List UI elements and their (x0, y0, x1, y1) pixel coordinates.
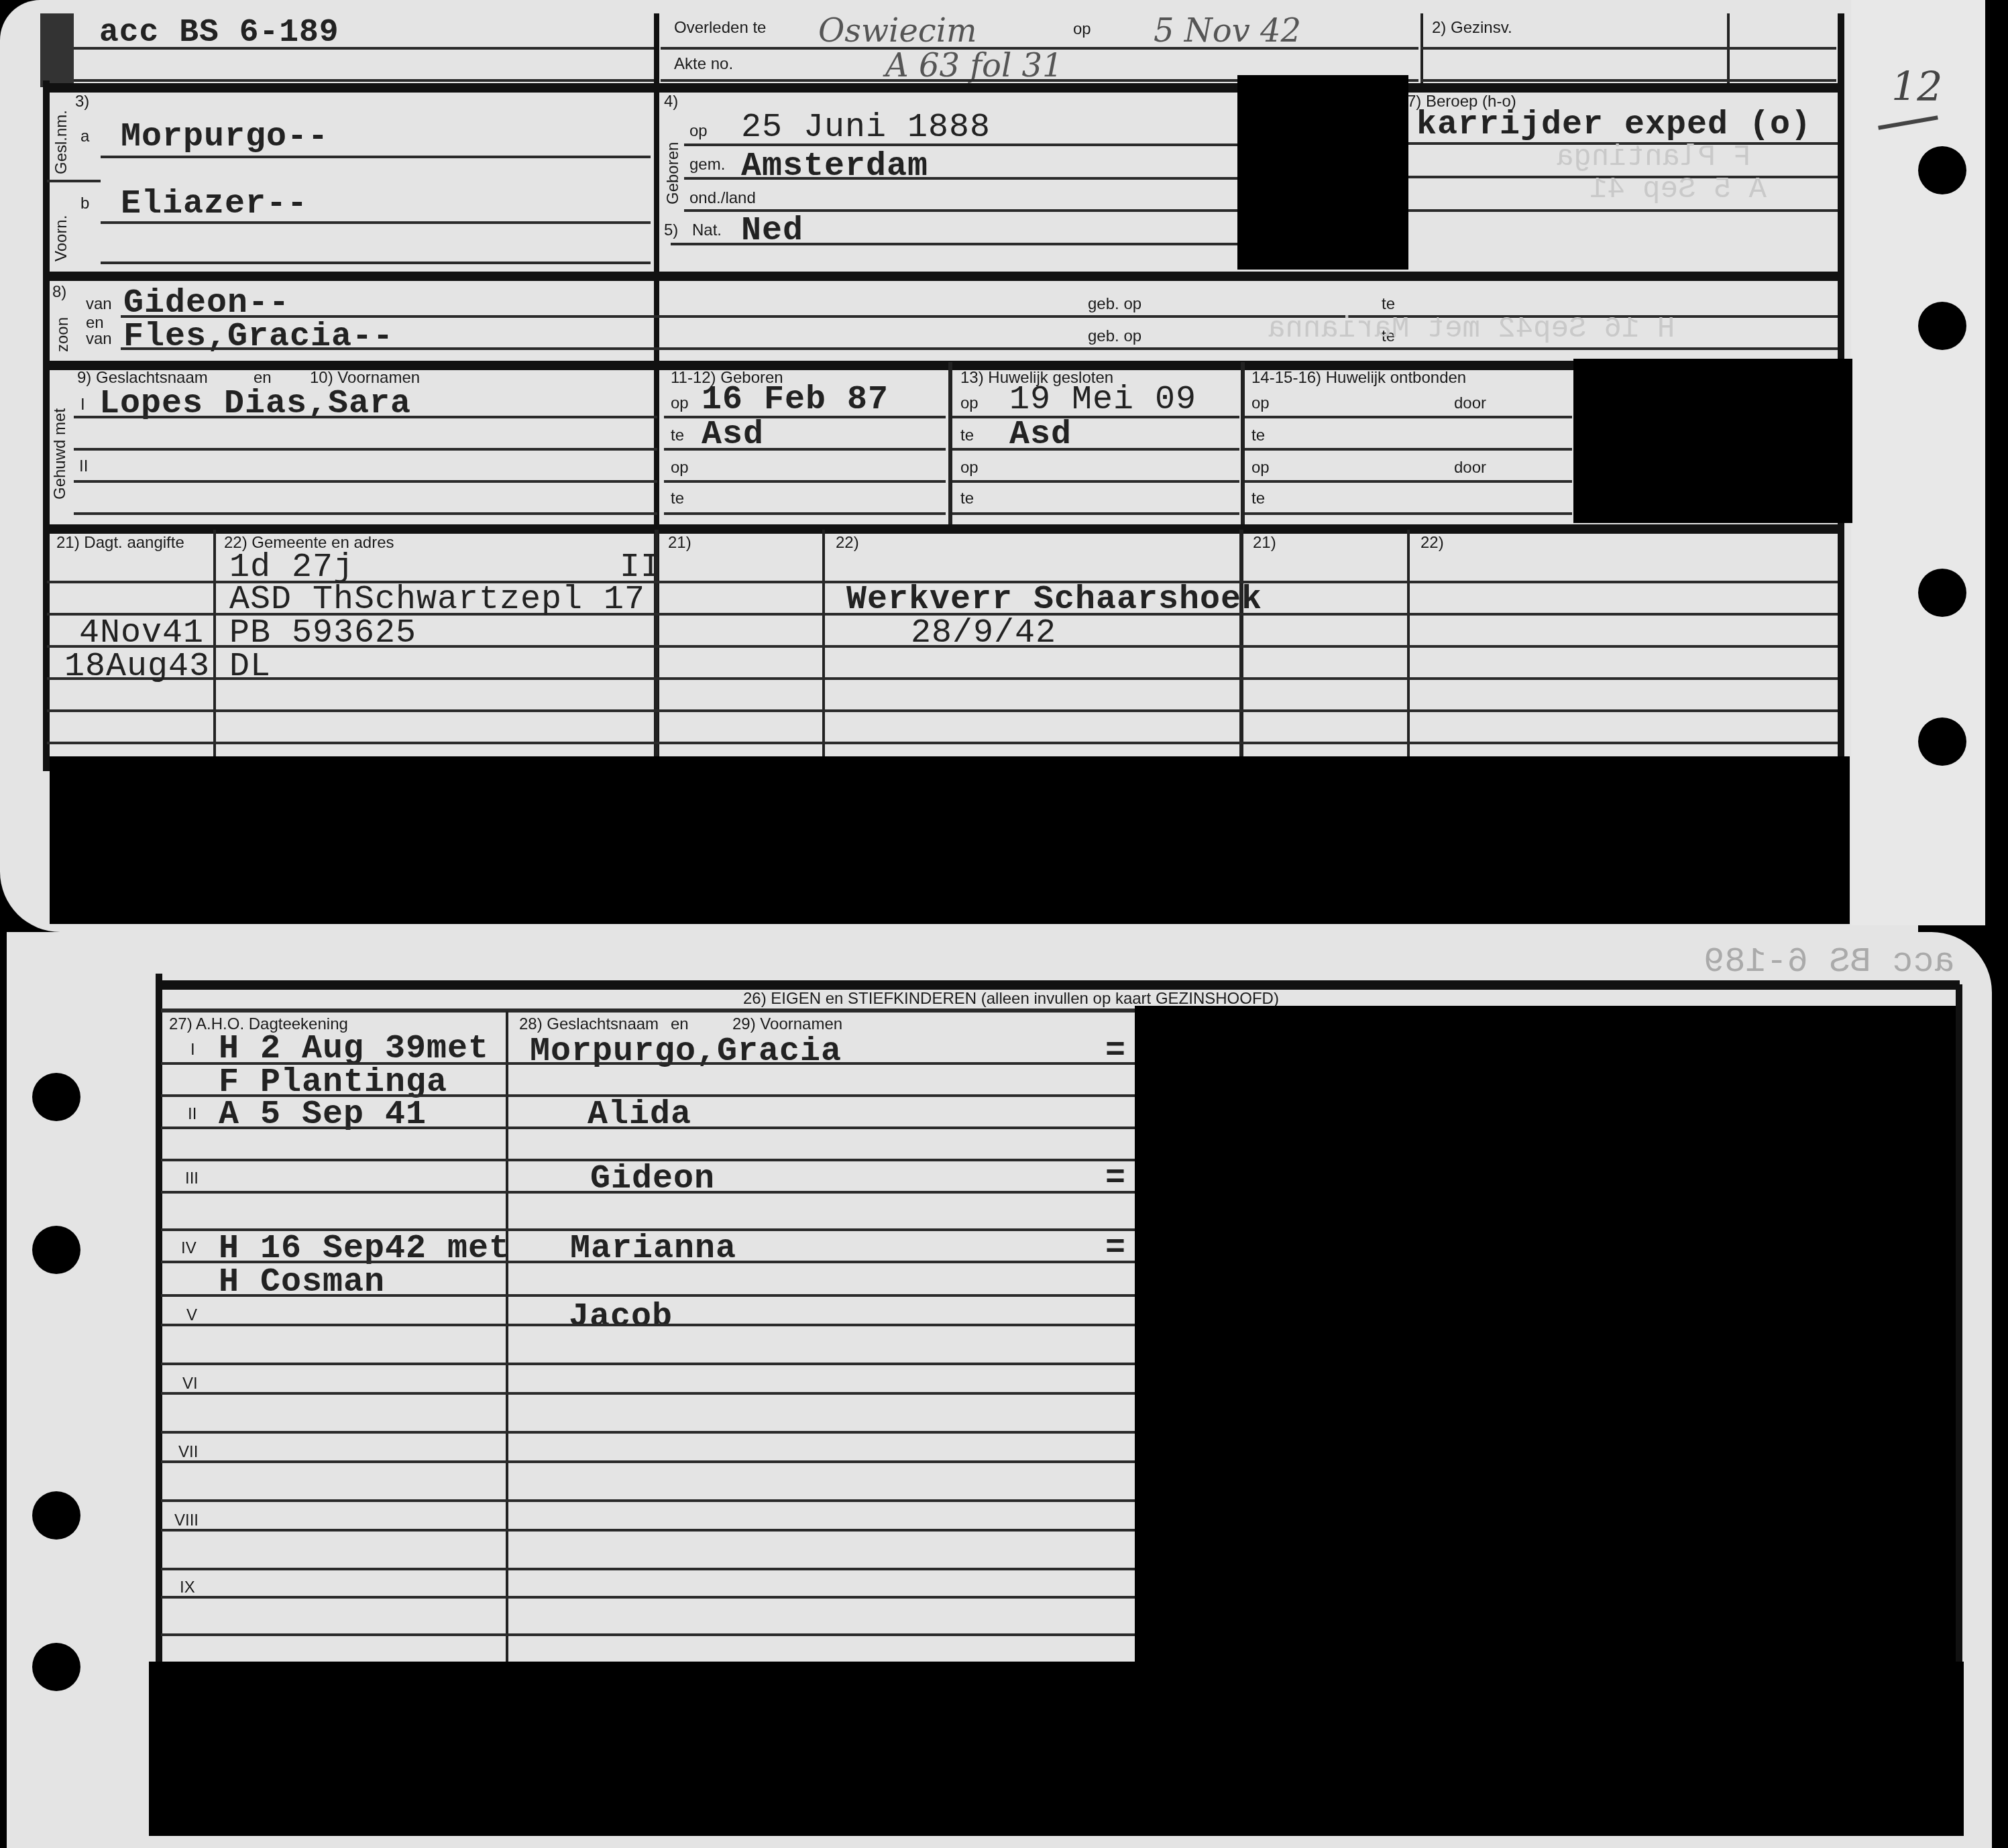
rule (74, 47, 657, 50)
rule (161, 1363, 1137, 1365)
child-name: Morpurgo,Gracia (530, 1033, 842, 1071)
address-entry-3: PB 593625 (229, 614, 416, 652)
field-number: 5) (664, 221, 678, 240)
divider (822, 530, 825, 758)
punch-hole (32, 1491, 80, 1540)
child-row-number: V (186, 1306, 197, 1325)
address-date-header-3: 21) (1253, 534, 1276, 553)
divider (213, 530, 216, 758)
field-letter: b (80, 194, 89, 213)
punch-hole (1918, 717, 1966, 766)
punch-hole (1918, 146, 1966, 194)
card-reference: acc BS 6-189 (99, 15, 339, 51)
rule (161, 1529, 1137, 1532)
address-date-header: 21) Dagt. aangifte (56, 534, 184, 553)
rule (161, 1324, 1137, 1326)
rule (161, 1191, 1137, 1194)
frame-left (43, 80, 50, 771)
father-birthplace-label: te (1382, 295, 1395, 314)
divider (1420, 13, 1423, 87)
rule (74, 448, 657, 451)
rule (1408, 209, 1838, 212)
child-row-number: IX (180, 1578, 195, 1597)
address-entry-4: DL (229, 648, 271, 686)
rule (161, 1596, 1137, 1599)
marriage-place-label: te (960, 426, 974, 445)
child-mark: = (1105, 1033, 1126, 1071)
rule (47, 677, 1838, 680)
spouse1-birth-date: 16 Feb 87 (702, 381, 889, 419)
rule (161, 1008, 1137, 1013)
birth-side-label: Geboren (664, 142, 683, 205)
rule (664, 448, 946, 451)
punch-hole (32, 1073, 80, 1121)
rule (101, 221, 651, 224)
binding-bar (40, 13, 74, 87)
ghost-impression: F Plantinga (1556, 141, 1750, 174)
nationality-label: Nat. (692, 221, 722, 240)
spouse-born-place-label: te (671, 426, 684, 445)
child-header-and: en (671, 1015, 689, 1034)
child-name: Jacob (569, 1298, 673, 1336)
redacted-lower-front (50, 756, 1850, 924)
rule (1420, 79, 1836, 82)
child-row-number: II (188, 1105, 197, 1124)
frame-right (1956, 984, 1962, 1662)
divider (1239, 530, 1243, 758)
rule (161, 1127, 1137, 1129)
rule (161, 1460, 1137, 1463)
birth-date-label: op (689, 122, 708, 141)
firstnames-value: Eliazer-- (121, 185, 308, 223)
dissolution2-by-label: door (1454, 459, 1486, 477)
rule (1420, 47, 1836, 50)
ghost-impression: A 5 Sep 41 (1589, 173, 1767, 207)
rule (74, 416, 657, 418)
firstname-side-label: Voorn. (52, 215, 71, 262)
divider (1407, 530, 1410, 758)
redacted-marriage-right (1573, 359, 1852, 523)
rule (952, 512, 1239, 515)
marriage-date: 19 Mei 09 (1009, 381, 1196, 419)
birth-date-value: 25 Juni 1888 (741, 109, 991, 147)
divider (948, 362, 952, 526)
rule (684, 177, 1241, 180)
rule (161, 1294, 1137, 1297)
rule (664, 512, 946, 515)
frame-left (156, 974, 162, 1664)
occupation-value: karrijder exped (o) (1416, 106, 1811, 144)
rule (1245, 416, 1572, 418)
rule (1245, 480, 1572, 483)
spouse2-born-place-label: te (671, 489, 684, 508)
dissolution2-place-label: te (1251, 489, 1265, 508)
rule (47, 709, 1838, 712)
dissolution-by-label: door (1454, 394, 1486, 413)
section-rule (43, 524, 1840, 534)
child-firstnames-header: 29) Voornamen (732, 1015, 842, 1034)
rule (74, 79, 657, 82)
spouse-row-number: II (79, 457, 88, 476)
child-row-number: VII (178, 1443, 198, 1462)
rule (684, 143, 1241, 146)
rule (671, 243, 1241, 245)
dissolution-header: 14-15-16) Huwelijk ontbonden (1251, 369, 1466, 388)
child-row-number: VI (182, 1375, 198, 1393)
field-number: 8) (52, 283, 66, 302)
spouse2-born-date-label: op (671, 459, 689, 477)
section-rule (156, 980, 1960, 990)
address-entry-2: ASD ThSchwartzepl 17 (229, 581, 645, 619)
front-card-edge-strip (1851, 0, 1985, 925)
death-date-value: 5 Nov 42 (1154, 12, 1301, 50)
divider (1727, 13, 1730, 87)
marriage2-date-label: op (960, 459, 979, 477)
rule (101, 156, 651, 158)
marriage-date-label: op (960, 394, 979, 413)
child-surname-header: 28) Geslachtsnaam (519, 1015, 659, 1034)
dissolution-date-label: op (1251, 394, 1270, 413)
rule (161, 1392, 1137, 1395)
field-letter: a (80, 127, 89, 146)
deed-label: Akte no. (674, 55, 733, 74)
child-row-number: III (185, 1169, 199, 1188)
father-label: van (86, 295, 112, 314)
rule (47, 742, 1838, 744)
dissolution2-date-label: op (1251, 459, 1270, 477)
punch-hole (1918, 302, 1966, 350)
address2-entry-2: 28/9/42 (911, 614, 1056, 652)
child-row-number: IV (181, 1239, 197, 1258)
address-date-4: 18Aug43 (64, 648, 210, 686)
death-date-label: op (1073, 20, 1091, 39)
rule (161, 1633, 1137, 1636)
punch-hole (1918, 569, 1966, 617)
address2-entry-1: Werkverr Schaarshoek (846, 581, 1262, 619)
address-header-2: 22) (836, 534, 859, 553)
address-date-3: 4Nov41 (79, 614, 204, 652)
spouse-row-number: I (80, 396, 85, 414)
mother-value: Fles,Gracia-- (123, 318, 394, 356)
divider (506, 1011, 508, 1662)
birth-municipality-label: gem. (689, 156, 725, 174)
married-side-label: Gehuwd met (51, 408, 70, 500)
parents-side-label: zoon (54, 317, 72, 352)
address-header-3: 22) (1420, 534, 1444, 553)
rule (161, 1568, 1137, 1570)
divider (1241, 362, 1245, 526)
mother-birth-label: geb. op (1088, 327, 1141, 346)
redacted-photo-area (1237, 75, 1408, 270)
rule (1245, 448, 1572, 451)
rule (952, 480, 1239, 483)
ghost-impression: H 16 Sep42 met Marianna (1268, 312, 1675, 346)
field-number: 4) (664, 93, 678, 111)
father-birth-label: geb. op (1088, 295, 1141, 314)
death-place-value: Oswiecim (818, 12, 977, 50)
death-place-label: Overleden te (674, 19, 766, 38)
rule (664, 480, 946, 483)
spouse-born-date-label: op (671, 394, 689, 413)
margin-number: 12 (1891, 64, 1942, 111)
redacted-children-details (1135, 1006, 1956, 1663)
birth-municipality-value: Amsterdam (741, 148, 928, 186)
rule (952, 448, 1239, 451)
rule (1245, 512, 1572, 515)
child-row-number: VIII (174, 1511, 199, 1530)
household-label: 2) Gezinsv. (1432, 19, 1512, 38)
marriage2-place-label: te (960, 489, 974, 508)
rule (121, 347, 1838, 350)
dissolution-place-label: te (1251, 426, 1265, 445)
punch-hole (32, 1226, 80, 1274)
rule (74, 512, 657, 515)
rule (952, 416, 1239, 418)
surname-side-label: Gesl.nm. (52, 110, 71, 174)
section-rule (43, 83, 1840, 93)
rule (101, 262, 651, 264)
child-row-number: I (190, 1041, 195, 1059)
section-rule (43, 272, 1840, 281)
surname-value: Morpurgo-- (121, 118, 329, 156)
rule (47, 180, 101, 182)
field-number: 3) (75, 93, 89, 111)
mirrored-reference: acc BS 6-189 (1704, 942, 1954, 982)
birth-country-label: ond./land (689, 189, 756, 208)
rule (161, 1431, 1137, 1434)
punch-hole (32, 1643, 80, 1691)
rule (74, 480, 657, 483)
mother-label: van (86, 330, 112, 349)
redacted-back-bottom (149, 1662, 1964, 1836)
address-date-header-2: 21) (668, 534, 691, 553)
rule (161, 1499, 1137, 1502)
